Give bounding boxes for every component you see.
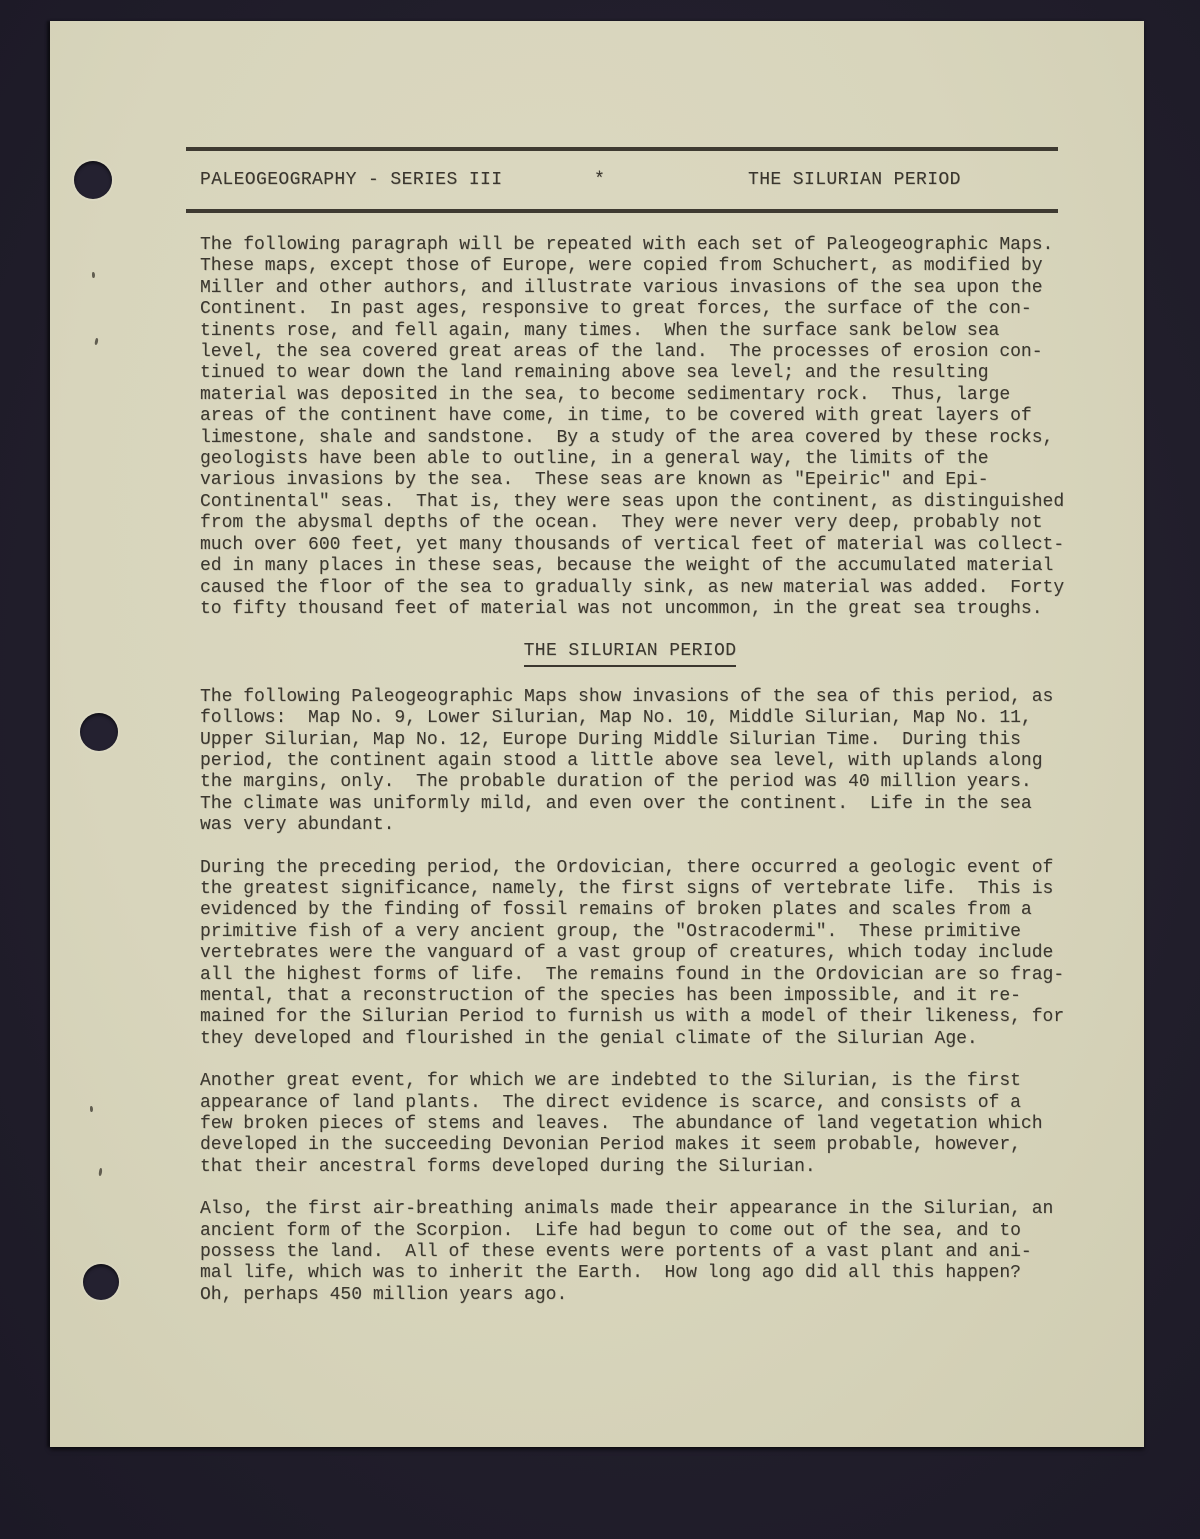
paragraph-land-plants: Another great event, for which we are in… xyxy=(200,1071,1100,1178)
header-series-title: PALEOGEOGRAPHY - SERIES III xyxy=(200,170,502,190)
punch-hole-middle xyxy=(80,713,118,751)
page-header: PALEOGEOGRAPHY - SERIES III * THE SILURI… xyxy=(200,170,1060,194)
punch-hole-bottom xyxy=(83,1264,119,1300)
header-asterisk: * xyxy=(594,170,605,190)
punch-hole-top xyxy=(74,161,112,199)
section-heading-row: THE SILURIAN PERIOD xyxy=(200,641,1060,666)
ink-speck xyxy=(92,272,95,278)
intro-paragraph: The following paragraph will be repeated… xyxy=(200,235,1100,620)
section-heading: THE SILURIAN PERIOD xyxy=(524,641,737,666)
header-rule-bottom xyxy=(186,209,1058,213)
ink-speck xyxy=(98,1168,102,1176)
document-body: The following paragraph will be repeated… xyxy=(200,235,1100,1327)
scan-background: PALEOGEOGRAPHY - SERIES III * THE SILURI… xyxy=(0,0,1200,1539)
ink-speck xyxy=(90,1106,93,1112)
paragraph-ordovician: During the preceding period, the Ordovic… xyxy=(200,858,1100,1051)
ink-speck xyxy=(94,338,99,346)
paragraph-maps: The following Paleogeographic Maps show … xyxy=(200,687,1100,837)
paragraph-air-breathing: Also, the first air-breathing animals ma… xyxy=(200,1199,1100,1306)
header-rule-top xyxy=(186,147,1058,151)
document-page: PALEOGEOGRAPHY - SERIES III * THE SILURI… xyxy=(50,21,1144,1447)
header-period-title: THE SILURIAN PERIOD xyxy=(748,170,961,190)
